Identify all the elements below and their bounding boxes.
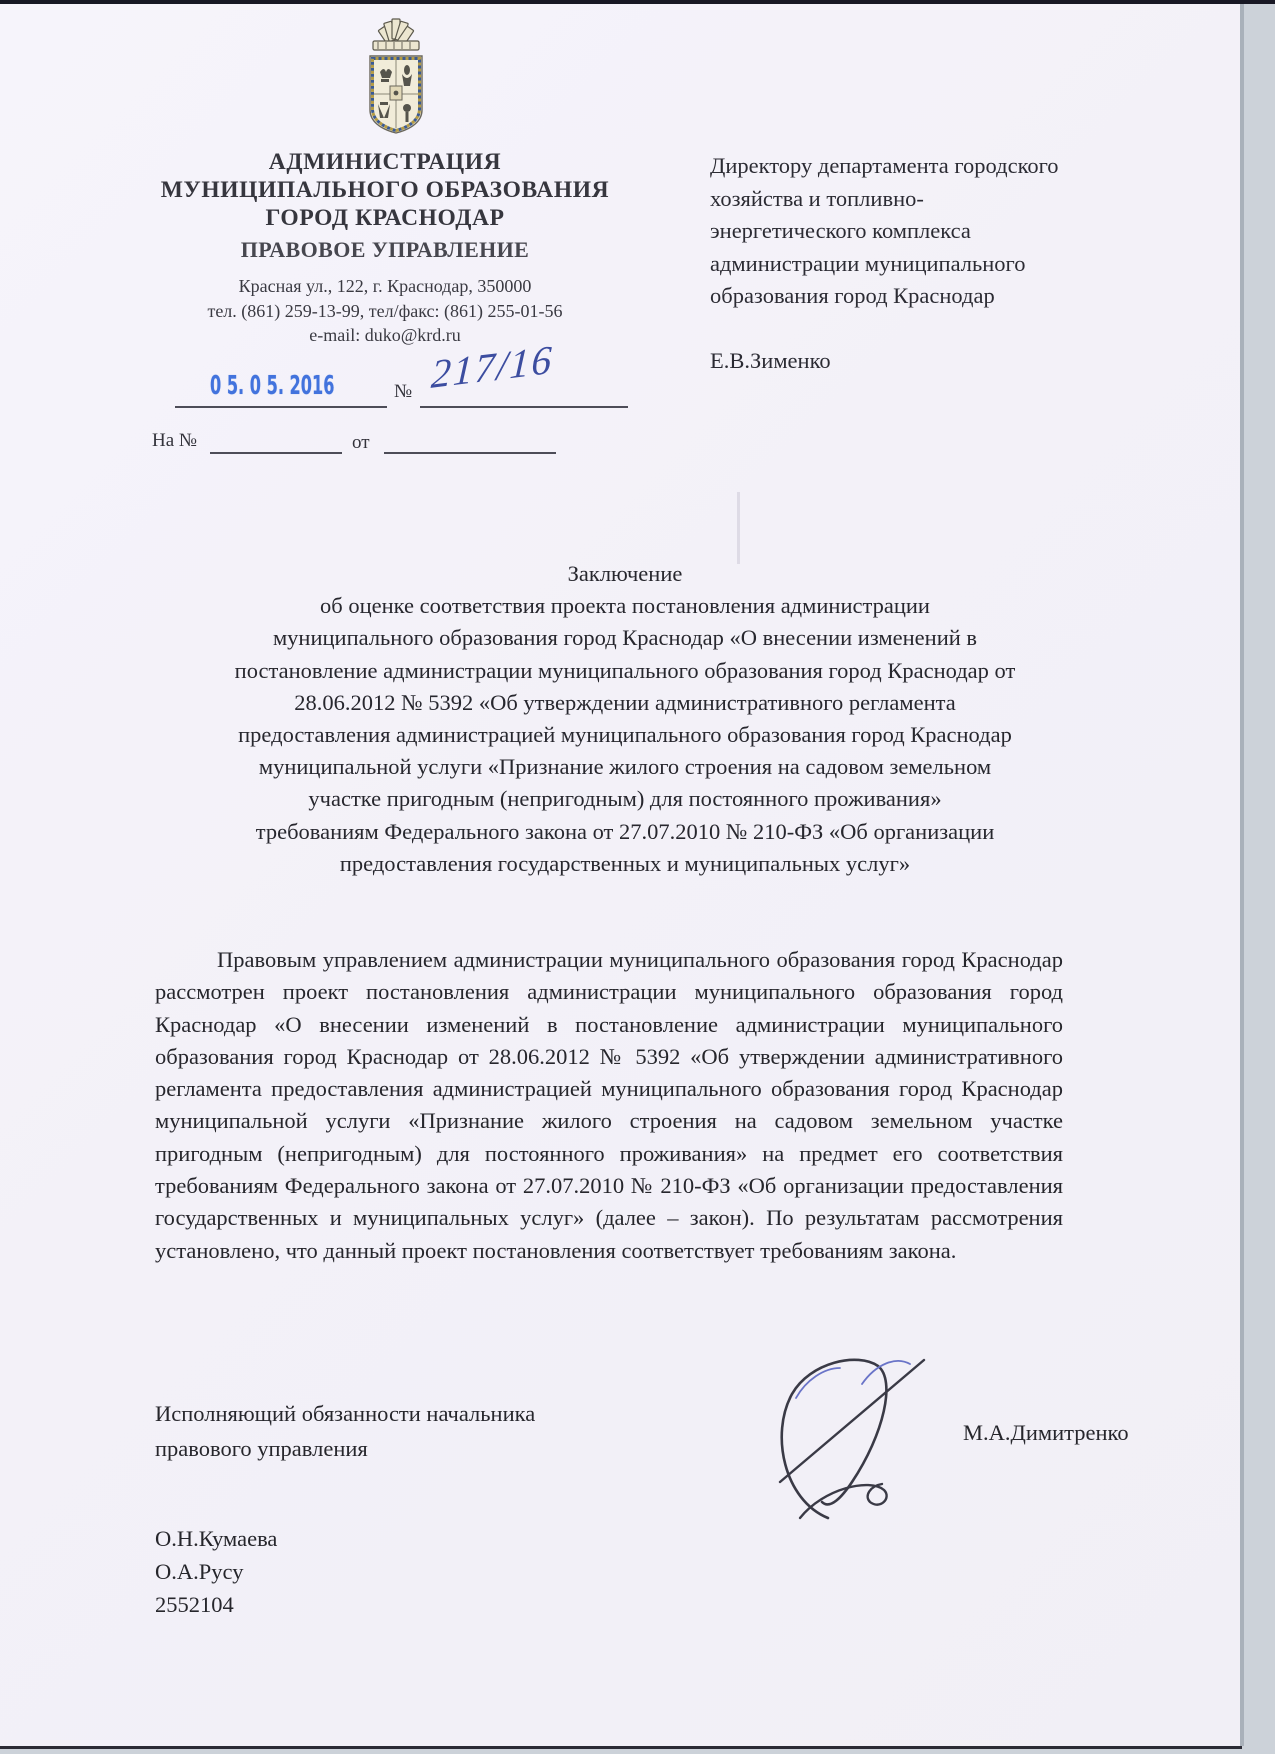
signer-position-line: правового управления xyxy=(155,1431,775,1466)
executor-name: О.А.Русу xyxy=(155,1555,555,1588)
title-line: требованиям Федерального закона от 27.07… xyxy=(150,816,1100,848)
signer-position: Исполняющий обязанности начальника право… xyxy=(155,1396,775,1466)
org-line-1: АДМИНИСТРАЦИЯ xyxy=(150,148,620,176)
title-heading: Заключение xyxy=(150,558,1100,590)
reply-number-underline xyxy=(210,452,342,454)
recipient-block: Директору департамента городского хозяйс… xyxy=(710,150,1180,313)
number-label: № xyxy=(394,381,412,403)
date-underline xyxy=(175,406,387,408)
org-line-2: МУНИЦИПАЛЬНОГО ОБРАЗОВАНИЯ xyxy=(150,176,620,204)
date-stamp: 0 5. 0 5. 2016 xyxy=(210,371,334,401)
scan-crease-mark xyxy=(737,492,740,564)
department-name: ПРАВОВОЕ УПРАВЛЕНИЕ xyxy=(150,236,620,263)
title-line: муниципальной услуги «Признание жилого с… xyxy=(150,751,1100,783)
recipient-line: администрации муниципального xyxy=(710,248,1180,281)
scan-edge-top xyxy=(0,0,1275,4)
number-underline xyxy=(420,406,628,408)
recipient-name: Е.В.Зименко xyxy=(710,348,831,374)
reply-to-label: На № xyxy=(152,430,197,452)
address-phone: тел. (861) 259-13-99, тел/факс: (861) 25… xyxy=(120,299,650,324)
body-paragraph: Правовым управлением администрации муниц… xyxy=(155,944,1063,1267)
recipient-line: хозяйства и топливно- xyxy=(710,183,1180,216)
executor-phone: 2552104 xyxy=(155,1588,555,1621)
org-line-3: ГОРОД КРАСНОДАР xyxy=(150,204,620,232)
title-line: участке пригодным (непригодным) для пост… xyxy=(150,783,1100,815)
address-email: e-mail: duko@krd.ru xyxy=(120,323,650,348)
document-title: Заключение об оценке соответствия проект… xyxy=(150,558,1100,880)
title-line: постановление администрации муниципально… xyxy=(150,655,1100,687)
organization-name: АДМИНИСТРАЦИЯ МУНИЦИПАЛЬНОГО ОБРАЗОВАНИЯ… xyxy=(150,148,620,232)
address-street: Красная ул., 122, г. Краснодар, 350000 xyxy=(120,274,650,299)
scan-edge-bottom xyxy=(0,1746,1242,1749)
signer-name: М.А.Димитренко xyxy=(963,1420,1129,1446)
scan-edge-right xyxy=(1240,4,1244,1746)
executors-block: О.Н.Кумаева О.А.Русу 2552104 xyxy=(155,1522,555,1621)
letterhead-address: Красная ул., 122, г. Краснодар, 350000 т… xyxy=(120,274,650,348)
recipient-line: Директору департамента городского xyxy=(710,150,1180,183)
title-line: муниципального образования город Краснод… xyxy=(150,622,1100,654)
scanned-letter-page: АДМИНИСТРАЦИЯ МУНИЦИПАЛЬНОГО ОБРАЗОВАНИЯ… xyxy=(0,0,1275,1754)
title-line: предоставления государственных и муницип… xyxy=(150,848,1100,880)
title-line: 28.06.2012 № 5392 «Об утверждении админи… xyxy=(150,687,1100,719)
recipient-line: энергетического комплекса xyxy=(710,215,1180,248)
recipient-line: образования город Краснодар xyxy=(710,280,1180,313)
title-line: об оценке соответствия проекта постановл… xyxy=(150,590,1100,622)
title-line: предоставления администрацией муниципаль… xyxy=(150,719,1100,751)
reply-date-underline xyxy=(384,452,556,454)
krasnodar-coat-of-arms-icon xyxy=(358,16,434,136)
signer-position-line: Исполняющий обязанности начальника xyxy=(155,1396,775,1431)
executor-name: О.Н.Кумаева xyxy=(155,1522,555,1555)
reply-from-label: от xyxy=(352,432,370,454)
